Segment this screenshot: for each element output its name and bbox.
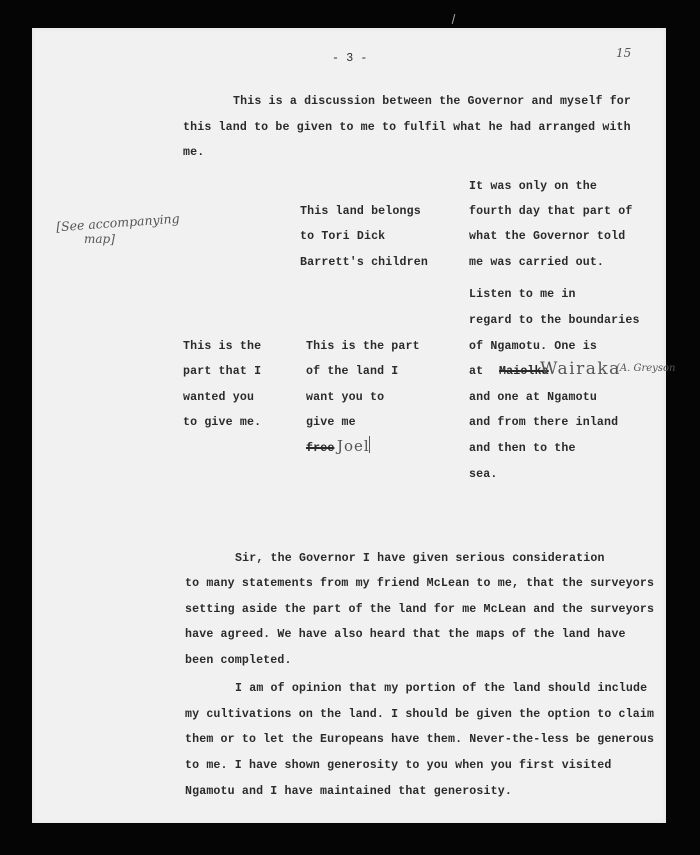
para1-line-3: setting aside the part of the land for m… — [185, 603, 654, 617]
handwritten-wairaka-note: (A. Greyson — [616, 363, 675, 374]
right-line-1: It was only on the — [469, 180, 597, 194]
right-line-3: what the Governor told — [469, 230, 625, 244]
middle-line-4: give me — [306, 416, 356, 430]
intro-line-3: me. — [183, 146, 204, 160]
right-line-6: regard to the boundaries — [469, 314, 640, 328]
para2-line-5: Ngamotu and I have maintained that gener… — [185, 785, 512, 799]
middle-top-line-3: Barrett's children — [300, 256, 428, 270]
intro-line-2: this land to be given to me to fulfil wh… — [183, 121, 631, 135]
right-line-10: and from there inland — [469, 416, 618, 430]
left-line-1: This is the — [183, 340, 261, 354]
handwritten-wairaka: Wairaka — [540, 359, 621, 379]
document-page: - 3 - 15 This is a discussion between th… — [32, 28, 666, 823]
para1-line-4: have agreed. We have also heard that the… — [185, 628, 626, 642]
middle-top-line-2: to Tori Dick — [300, 230, 385, 244]
right-line-5: Listen to me in — [469, 288, 576, 302]
scan-artifact-mark — [452, 14, 456, 24]
para2-line-2: my cultivations on the land. I should be… — [185, 708, 654, 722]
right-line-12: sea. — [469, 468, 497, 482]
left-line-4: to give me. — [183, 416, 261, 430]
right-line-2: fourth day that part of — [469, 205, 632, 219]
handwritten-stroke — [369, 436, 370, 453]
handwritten-joel: Joel — [337, 437, 370, 455]
right-line-4: me was carried out. — [469, 256, 604, 270]
struck-word-free: free — [306, 442, 334, 456]
right-line-9: and one at Ngamotu — [469, 391, 597, 405]
left-line-2: part that I — [183, 365, 261, 379]
left-line-3: wanted you — [183, 391, 254, 405]
para2-line-4: to me. I have shown generosity to you wh… — [185, 759, 611, 773]
para1-line-1: Sir, the Governor I have given serious c… — [235, 552, 605, 566]
right-line-7: of Ngamotu. One is — [469, 340, 597, 354]
right-line-11: and then to the — [469, 442, 576, 456]
para2-line-1: I am of opinion that my portion of the l… — [235, 682, 647, 696]
intro-line-1: This is a discussion between the Governo… — [233, 95, 631, 109]
para1-line-5: been completed. — [185, 654, 292, 668]
middle-line-3: want you to — [306, 391, 384, 405]
margin-note-line-1: [See accompanying — [56, 211, 180, 235]
middle-line-2: of the land I — [306, 365, 398, 379]
margin-note-line-2: map] — [84, 232, 115, 246]
right-line-8: at — [469, 365, 483, 379]
handwritten-folio-number: 15 — [616, 46, 631, 60]
para1-line-2: to many statements from my friend McLean… — [185, 577, 654, 591]
middle-top-line-1: This land belongs — [300, 205, 421, 219]
middle-line-1: This is the part — [306, 340, 420, 354]
page-number: - 3 - — [332, 52, 368, 66]
para2-line-3: them or to let the Europeans have them. … — [185, 733, 654, 747]
